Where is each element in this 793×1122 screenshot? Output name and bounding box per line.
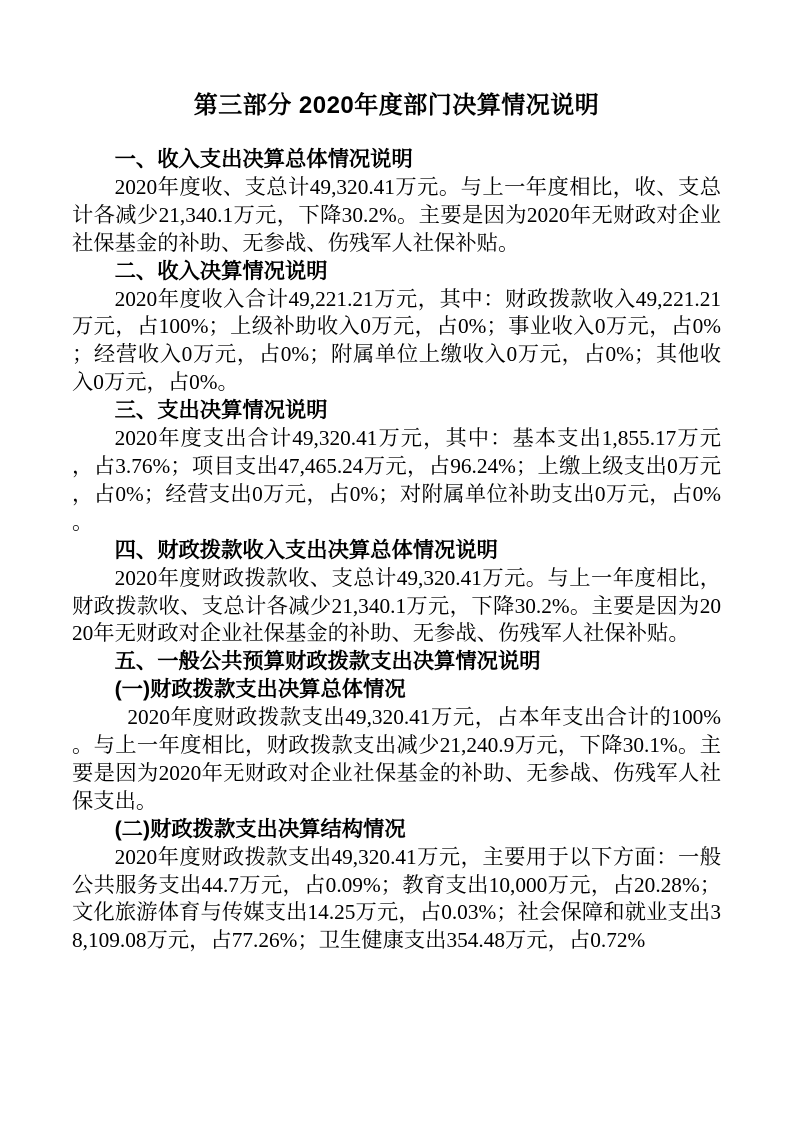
subsection-heading-expenditure-structure: (二)财政拨款支出决算结构情况 [72, 816, 721, 844]
section-heading-income-final-accounts: 二、收入决算情况说明 [72, 258, 721, 286]
section-paragraph-expenditure-final-accounts: 2020年度支出合计49,320.41万元，其中：基本支出1,855.17万元，… [72, 425, 721, 537]
section-paragraph-income-expenditure-overall: 2020年度收、支总计49,320.41万元。与上一年度相比，收、支总计各减少2… [72, 174, 721, 258]
section-heading-expenditure-final-accounts: 三、支出决算情况说明 [72, 397, 721, 425]
section-paragraph-income-final-accounts: 2020年度收入合计49,221.21万元，其中：财政拨款收入49,221.21… [72, 286, 721, 398]
section-heading-fiscal-appropriation-overall: 四、财政拨款收入支出决算总体情况说明 [72, 537, 721, 565]
subsection-paragraph-expenditure-structure: 2020年度财政拨款支出49,320.41万元，主要用于以下方面：一般公共服务支… [72, 844, 721, 956]
document-body: 一、收入支出决算总体情况说明 2020年度收、支总计49,320.41万元。与上… [72, 146, 721, 955]
subsection-heading-expenditure-overall: (一)财政拨款支出决算总体情况 [72, 676, 721, 704]
document-title: 第三部分 2020年度部门决算情况说明 [72, 89, 721, 123]
section-heading-public-budget-expenditure: 五、一般公共预算财政拨款支出决算情况说明 [72, 648, 721, 676]
document-page: 第三部分 2020年度部门决算情况说明 一、收入支出决算总体情况说明 2020年… [0, 0, 793, 1122]
section-paragraph-fiscal-appropriation-overall: 2020年度财政拨款收、支总计49,320.41万元。与上一年度相比，财政拨款收… [72, 565, 721, 649]
subsection-paragraph-expenditure-overall: 2020年度财政拨款支出49,320.41万元，占本年支出合计的100%。与上一… [72, 704, 721, 816]
section-heading-income-expenditure-overall: 一、收入支出决算总体情况说明 [72, 146, 721, 174]
